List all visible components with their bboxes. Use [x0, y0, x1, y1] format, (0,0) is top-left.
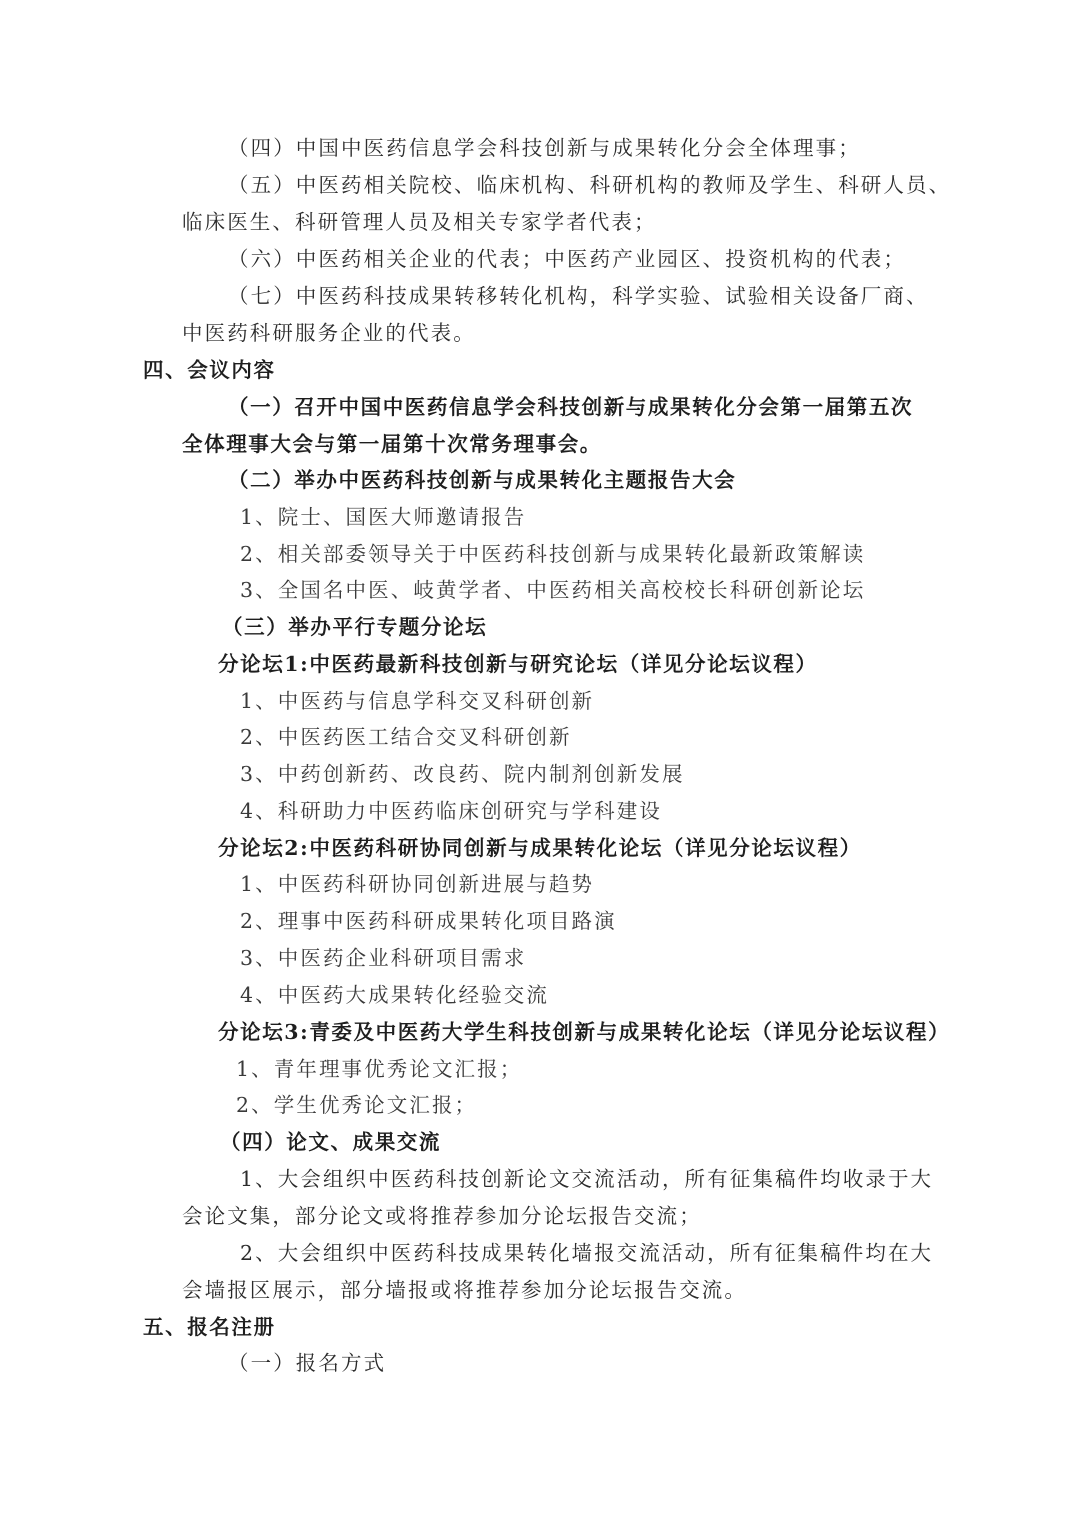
participant-item-5: （五）中医药相关院校、临床机构、科研机构的教师及学生、科研人员、 — [228, 171, 951, 199]
sub-forum-2-item-4: 4、中医药大成果转化经验交流 — [240, 981, 549, 1009]
participant-item-7: （七）中医药科技成果转移转化机构，科学实验、试验相关设备厂商、 — [228, 282, 929, 310]
document-page: （四）中国中医药信息学会科技创新与成果转化分会全体理事； （五）中医药相关院校、… — [0, 0, 1080, 1527]
content-item-1: （一）召开中国中医药信息学会科技创新与成果转化分会第一届第五次 — [228, 393, 913, 421]
report-item-1: 1、院士、国医大师邀请报告 — [240, 503, 526, 531]
content-item-2: （二）举办中医药科技创新与成果转化主题报告大会 — [228, 466, 736, 494]
sub-forum-3-title: 分论坛3:青委及中医药大学生科技创新与成果转化论坛（详见分论坛议程） — [218, 1018, 950, 1046]
sub-forum-2-item-3: 3、中医药企业科研项目需求 — [240, 944, 526, 972]
sub-forum-3-item-1: 1、青年理事优秀论文汇报； — [236, 1055, 522, 1083]
report-item-2: 2、相关部委领导关于中医药科技创新与成果转化最新政策解读 — [240, 540, 865, 568]
exchange-item-1: 1、大会组织中医药科技创新论文交流活动，所有征集稿件均收录于大 — [240, 1165, 933, 1193]
sub-forum-1-item-1: 1、中医药与信息学科交叉科研创新 — [240, 687, 594, 715]
sub-forum-1-item-4: 4、科研助力中医药临床创研究与学科建设 — [240, 797, 662, 825]
participant-item-6: （六）中医药相关企业的代表；中医药产业园区、投资机构的代表； — [228, 245, 906, 273]
section-heading-5: 五、报名注册 — [143, 1313, 276, 1341]
exchange-item-1-continued: 会论文集，部分论文或将推荐参加分论坛报告交流； — [182, 1202, 702, 1230]
sub-forum-2-title: 分论坛2:中医药科研协同创新与成果转化论坛（详见分论坛议程） — [218, 834, 862, 862]
registration-method-heading: （一）报名方式 — [228, 1349, 386, 1377]
sub-forum-1-title: 分论坛1:中医药最新科技创新与研究论坛（详见分论坛议程） — [218, 650, 818, 678]
content-item-1-continued: 全体理事大会与第一届第十次常务理事会。 — [182, 430, 602, 458]
exchange-item-2-continued: 会墙报区展示，部分墙报或将推荐参加分论坛报告交流。 — [182, 1276, 747, 1304]
sub-forum-1-item-3: 3、中药创新药、改良药、院内制剂创新发展 — [240, 760, 685, 788]
content-item-3: （三）举办平行专题分论坛 — [222, 613, 487, 641]
section-heading-4: 四、会议内容 — [143, 356, 276, 384]
exchange-item-2: 2、大会组织中医药科技成果转化墙报交流活动，所有征集稿件均在大 — [240, 1239, 933, 1267]
participant-item-5-continued: 临床医生、科研管理人员及相关专家学者代表； — [182, 208, 657, 236]
sub-forum-1-item-2: 2、中医药医工结合交叉科研创新 — [240, 723, 572, 751]
sub-forum-2-item-1: 1、中医药科研协同创新进展与趋势 — [240, 870, 594, 898]
sub-forum-3-item-2: 2、学生优秀论文汇报； — [236, 1091, 477, 1119]
report-item-3: 3、全国名中医、岐黄学者、中医药相关高校校长科研创新论坛 — [240, 576, 865, 604]
sub-forum-2-item-2: 2、理事中医药科研成果转化项目路演 — [240, 907, 617, 935]
participant-item-7-continued: 中医药科研服务企业的代表。 — [182, 319, 476, 347]
participant-item-4: （四）中国中医药信息学会科技创新与成果转化分会全体理事； — [228, 134, 861, 162]
content-item-4: （四）论文、成果交流 — [220, 1128, 441, 1156]
